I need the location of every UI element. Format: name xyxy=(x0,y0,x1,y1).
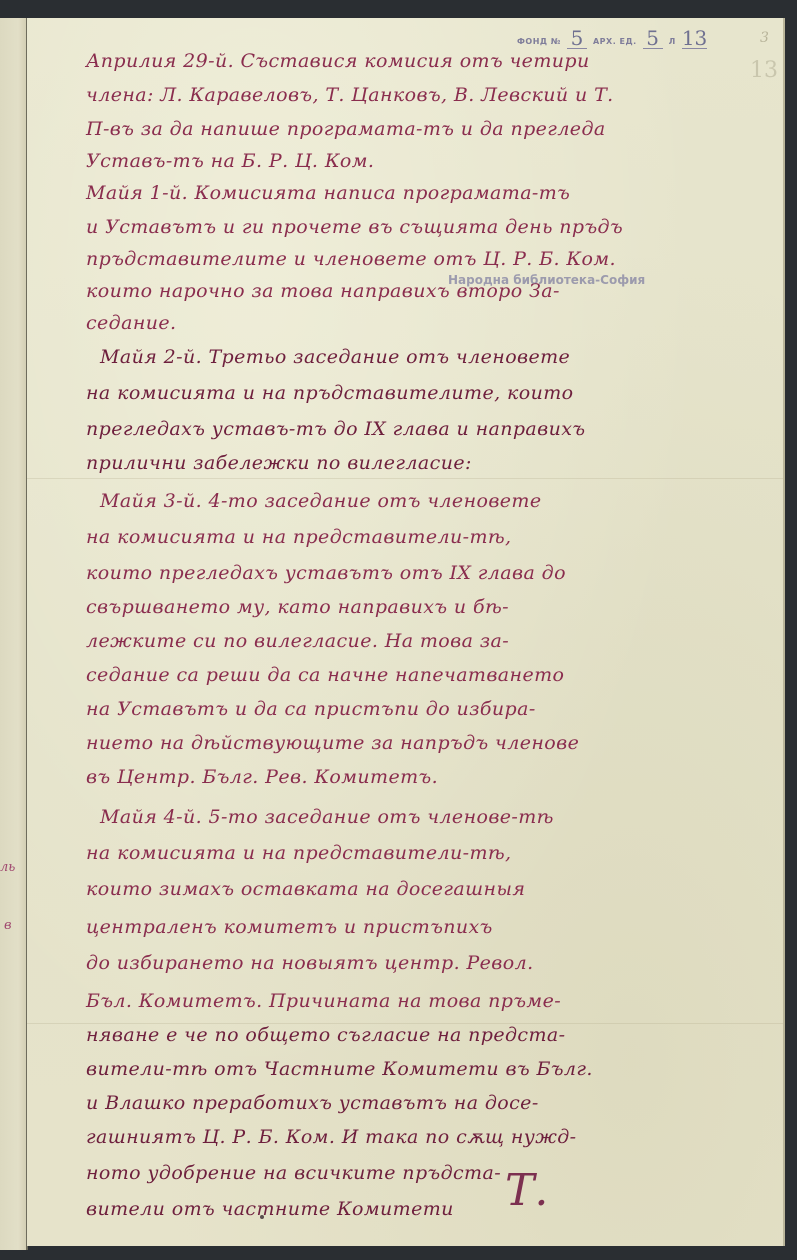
text-line: и Уставътъ и ги прочетe въ същията день … xyxy=(86,216,623,238)
signature-initial: Т. xyxy=(505,1165,548,1216)
text-line: които нарочно за това направихъ второ За… xyxy=(86,280,560,302)
fold-line xyxy=(27,478,783,479)
margin-fragment: в xyxy=(4,918,12,933)
fond-number: 5 xyxy=(567,28,587,49)
text-line: на комисията и на представители-тѣ, xyxy=(86,526,511,548)
text-line: нието на дѣйствующите за напръдъ членове xyxy=(86,732,579,754)
fond-label: ФОНД № xyxy=(517,37,561,49)
margin-fragment: ль xyxy=(0,860,15,875)
sheet-number: 13 xyxy=(682,28,707,49)
text-line: Майя 3-й. 4-то заседание отъ членовете xyxy=(100,490,542,512)
archival-unit-number: 5 xyxy=(643,28,663,49)
text-line: които прегледахъ уставътъ отъ IX глава д… xyxy=(86,562,566,584)
text-line: Априлия 29-й. Съставися комисия отъ чети… xyxy=(86,50,590,72)
text-line: пръдставителите и членовете отъ Ц. Р. Б.… xyxy=(86,248,616,270)
text-line: гашниятъ Ц. Р. Б. Ком. И така по сѫщ нуж… xyxy=(86,1126,576,1148)
text-line: на комисията и на пръдставителите, които xyxy=(86,382,573,404)
text-line: Майя 2-й. Третьо заседание отъ членовете xyxy=(100,346,570,368)
text-line: и Влашко преработихъ уставътъ на досе- xyxy=(86,1092,539,1114)
text-line: Уставъ-тъ на Б. Р. Ц. Ком. xyxy=(86,150,374,172)
text-line: Майя 1-й. Комисията написа програмата-тъ xyxy=(86,182,570,204)
text-line: Майя 4-й. 5-то заседание отъ членове-тѣ xyxy=(100,806,554,828)
text-line: члена: Л. Каравеловъ, Т. Цанковъ, В. Лев… xyxy=(86,84,614,106)
text-line: П-въ за да напише програмата-тъ и да пре… xyxy=(86,118,606,140)
text-line: прилични забележки по вилегласие: xyxy=(86,452,472,474)
text-line: вители-тѣ отъ Частните Комитети въ Бълг. xyxy=(86,1058,593,1080)
text-line: свършването му, като направихъ и бѣ- xyxy=(86,596,509,618)
text-line: въ Центр. Бълг. Рев. Комитетъ. xyxy=(86,766,438,788)
text-line: които зимахъ оставката на досегашныя xyxy=(86,878,525,900)
text-line: до избирането на новыятъ центр. Револ. xyxy=(86,952,534,974)
sheet-label: Л xyxy=(669,37,676,49)
text-line: на Уставътъ и да са пристъпи до избира- xyxy=(86,698,536,720)
pencil-folio-number: 13 xyxy=(750,58,778,83)
text-line: Бъл. Комитетъ. Причината на това пръме- xyxy=(86,990,561,1012)
text-line: вители отъ частните Комитети xyxy=(86,1198,454,1220)
text-line: на комисията и на представители-тѣ, xyxy=(86,842,511,864)
text-line: ното удобрение на всичките пръдста- xyxy=(86,1162,501,1184)
text-line: седание са реши да са начне напечатванет… xyxy=(86,664,564,686)
page-number: 3 xyxy=(760,30,769,46)
text-line: прегледахъ уставъ-тъ до IX глава и напра… xyxy=(86,418,585,440)
previous-page-edge: ль в xyxy=(0,18,28,1250)
text-line: лежките си по вилегласие. На това за- xyxy=(86,630,509,652)
text-line: централенъ комитетъ и пристъпихъ xyxy=(86,916,493,938)
archival-unit-label: АРХ. ЕД. xyxy=(593,37,637,49)
archive-stamp: ФОНД № 5 АРХ. ЕД. 5 Л 13 xyxy=(517,28,707,49)
text-line: седание. xyxy=(86,312,177,334)
text-line: няване е че по общето съгласие на предст… xyxy=(86,1024,565,1046)
